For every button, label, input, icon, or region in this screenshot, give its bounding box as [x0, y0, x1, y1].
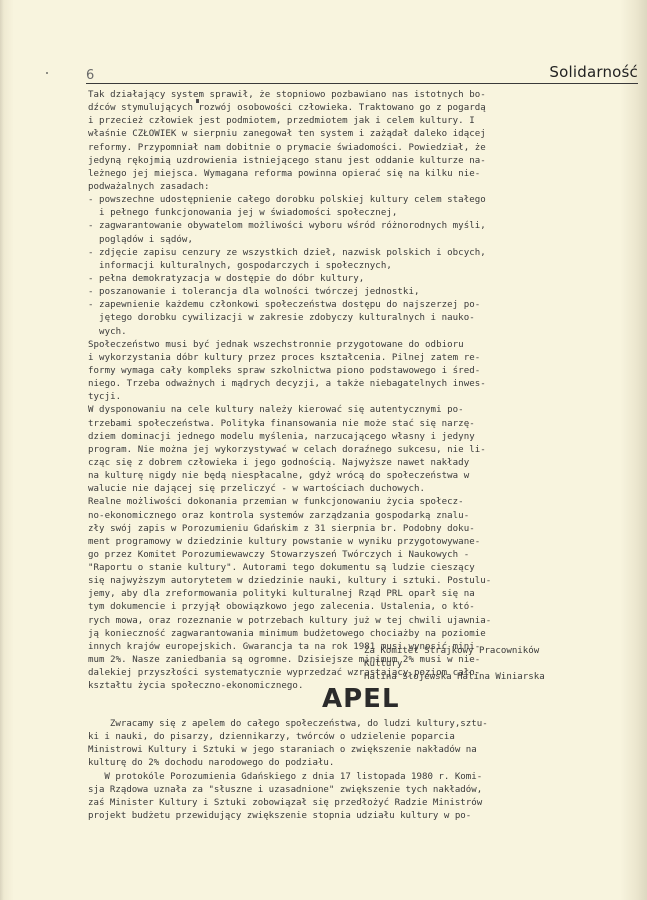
page-number: 6: [86, 68, 94, 83]
article-line: leżnego jej miejsca. Wymagana reforma po…: [88, 168, 636, 181]
article-line: go przez Komitet Porozumiewawczy Stowarz…: [88, 549, 636, 562]
article-line: - zdjęcie zapisu cenzury ze wszystkich d…: [88, 247, 636, 260]
signature-block: Za Komitet Strajkowy PracownikówKulturyH…: [364, 645, 545, 684]
article-line: tycji.: [88, 391, 636, 404]
apel-heading: APEL: [322, 684, 400, 714]
article-line: i wykorzystania dóbr kultury przez proce…: [88, 352, 636, 365]
article-line: zły swój zapis w Porozumieniu Gdańskim z…: [88, 523, 636, 536]
article-line: podważalnych zasadach:: [88, 181, 636, 194]
article-line: się najwyższym autorytetem w dziedzinie …: [88, 575, 636, 588]
apel-line: ki i nauki, do pisarzy, dziennikarzy, tw…: [88, 731, 636, 744]
masthead-title: Solidarność: [549, 63, 638, 81]
signature-committee-line2: Kultury: [364, 658, 545, 671]
article-line: trzebami społeczeństwa. Polityka finanso…: [88, 418, 636, 431]
article-line: właśnie CZŁOWIEK w sierpniu zanegował te…: [88, 128, 636, 141]
apel-line: zaś Minister Kultury i Sztuki zobowiązał…: [88, 797, 636, 810]
article-line: W dysponowaniu na cele kultury należy ki…: [88, 404, 636, 417]
article-line: Tak działający system sprawił, że stopni…: [88, 89, 636, 102]
article-line: program. Nie można jej wykorzystywać w c…: [88, 444, 636, 457]
apel-body: Zwracamy się z apelem do całego społecze…: [88, 718, 636, 823]
article-line: walucie nie dającej się przeliczyć - w w…: [88, 483, 636, 496]
article-line: ją konieczność zagwarantowania minimum b…: [88, 628, 636, 641]
article-line: "Raportu o stanie kultury". Autorami teg…: [88, 562, 636, 575]
article-line: Społeczeństwo musi być jednak wszechstro…: [88, 339, 636, 352]
article-line: jemy, aby dla zreformowania polityki kul…: [88, 588, 636, 601]
article-line: - zapewnienie każdemu członkowi społecze…: [88, 299, 636, 312]
article-line: dalekiej przyszłości systematycznie wypr…: [88, 667, 636, 680]
signature-names: Halina Słojewska Halina Winiarska: [364, 671, 545, 684]
article-line: formy wymaga cały kompleks spraw szkolni…: [88, 365, 636, 378]
scan-speck: [46, 72, 48, 74]
article-line: ment programowy w dziedzinie kultury pow…: [88, 536, 636, 549]
article-line: i przecież człowiek jest podmiotem, prze…: [88, 115, 636, 128]
article-line: - zagwarantowanie obywatelom możliwości …: [88, 220, 636, 233]
article-line: dziem dominacji jednego modelu myślenia,…: [88, 431, 636, 444]
header-rule: [86, 83, 638, 84]
apel-line: Ministrowi Kultury i Sztuki w jego stara…: [88, 744, 636, 757]
apel-line: sja Rządowa uznała za "słuszne i uzasadn…: [88, 784, 636, 797]
article-line: rych mowa, oraz rozeznanie w potrzebach …: [88, 615, 636, 628]
article-line: niego. Trzeba odważnych i mądrych decyzj…: [88, 378, 636, 391]
article-line: i pełnego funkcjonowania jej w świadomoś…: [88, 207, 636, 220]
apel-line: W protokóle Porozumienia Gdańskiego z dn…: [88, 771, 636, 784]
article-line: dźców stymulujących rozwój osobowości cz…: [88, 102, 636, 115]
scanned-page: 6 Solidarność Tak działający system spra…: [0, 0, 647, 900]
article-line: na kulturę nigdy nie będą niespłacalne, …: [88, 470, 636, 483]
article-line: - powszechne udostępnienie całego dorobk…: [88, 194, 636, 207]
apel-line: Zwracamy się z apelem do całego społecze…: [88, 718, 636, 731]
article-line: jedyną rękojmią uzdrowienia istniejącego…: [88, 155, 636, 168]
page-header: 6 Solidarność: [86, 63, 638, 85]
article-line: - pełna demokratyzacja w dostępie do dób…: [88, 273, 636, 286]
article-line: innych krajów europejskich. Gwarancja ta…: [88, 641, 636, 654]
article-line: jętego dorobku cywilizacji w zakresie zd…: [88, 312, 636, 325]
article-line: poglądów i sądów,: [88, 234, 636, 247]
article-body: Tak działający system sprawił, że stopni…: [88, 89, 636, 693]
signature-committee-line1: Za Komitet Strajkowy Pracowników: [364, 645, 545, 658]
apel-line: kulturę do 2% dochodu narodowego do podz…: [88, 757, 636, 770]
scan-speck: [196, 99, 199, 103]
article-line: cząc się z dobrem człowieka i jego godno…: [88, 457, 636, 470]
article-line: wych.: [88, 326, 636, 339]
article-line: no-ekonomicznego oraz kontrola systemów …: [88, 510, 636, 523]
article-line: Realne możliwości dokonania przemian w f…: [88, 496, 636, 509]
apel-line: projekt budżetu przewidujący zwiększenie…: [88, 810, 636, 823]
article-line: informacji kulturalnych, gospodarczych i…: [88, 260, 636, 273]
article-line: mum 2%. Nasze zaniedbania są ogromne. Dz…: [88, 654, 636, 667]
article-line: - poszanowanie i tolerancja dla wolności…: [88, 286, 636, 299]
article-line: tym dokumencie i przyjął obowiązkowo jeg…: [88, 601, 636, 614]
article-line: reformy. Przypomniał nam dobitnie o prym…: [88, 142, 636, 155]
